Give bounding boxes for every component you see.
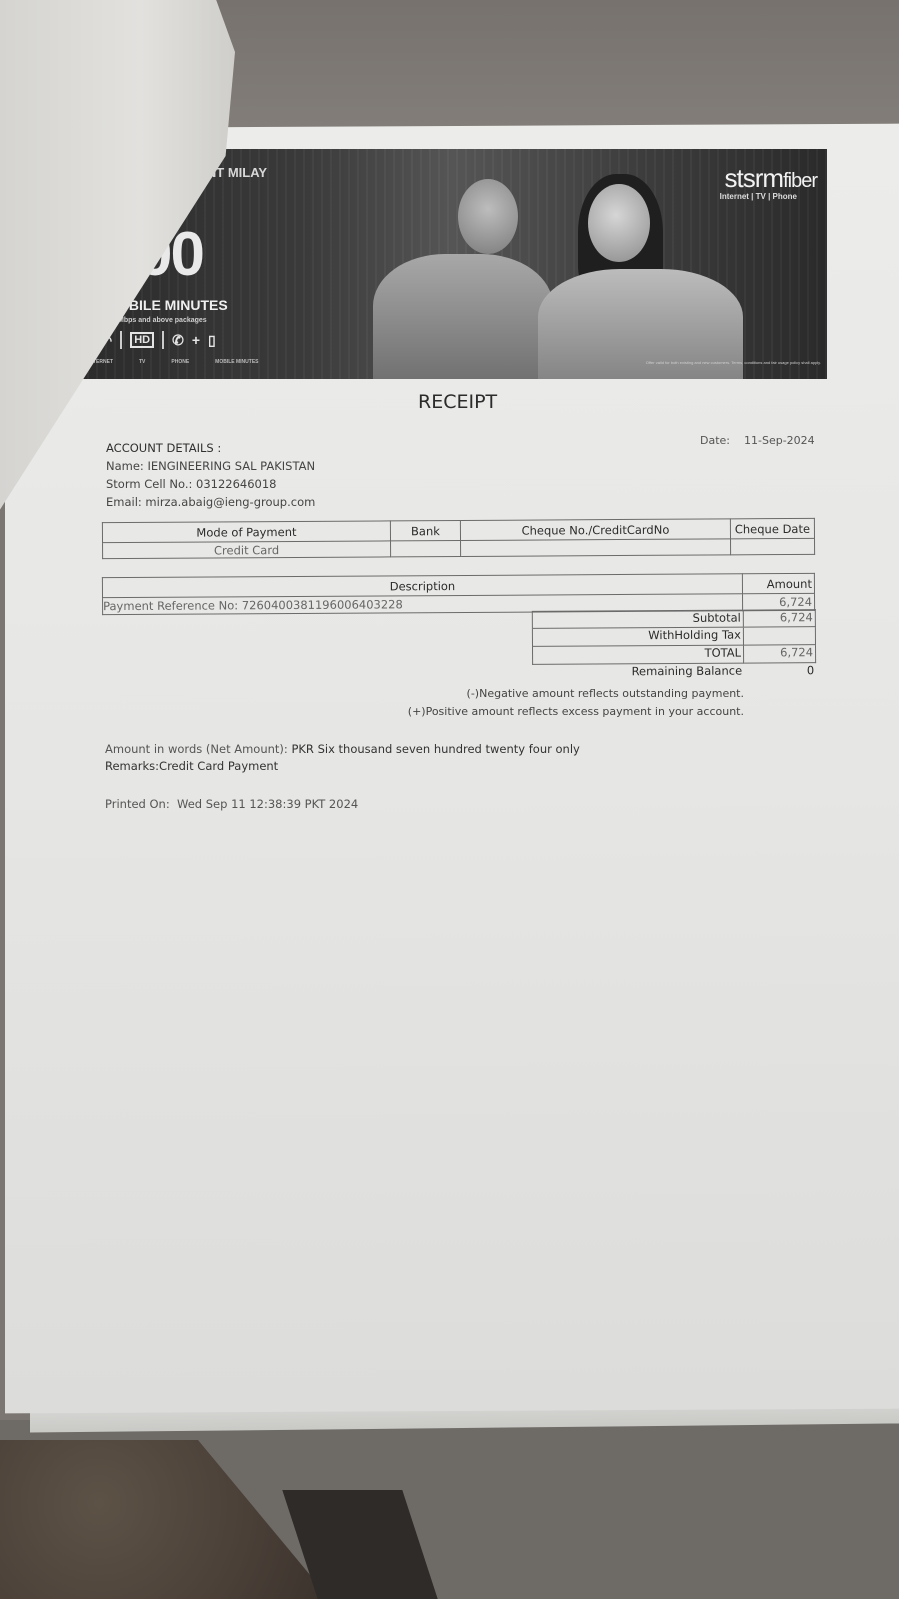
account-heading: ACCOUNT DETAILS : xyxy=(106,439,315,457)
total-row: TOTAL 6,724 xyxy=(532,645,816,665)
mobile-icon: ▯ xyxy=(208,332,216,349)
account-cell: Storm Cell No.: 03122646018 xyxy=(106,475,315,493)
divider xyxy=(120,331,122,349)
hd-tv-icon: HD xyxy=(130,332,154,348)
negative-note: (-)Negative amount reflects outstanding … xyxy=(400,685,744,703)
account-email: Email: mirza.abaig@ieng-group.com xyxy=(106,493,315,511)
brand-tagline: Internet | TV | Phone xyxy=(720,192,797,201)
service-labels: INTERNET TV PHONE MOBILE MINUTES xyxy=(88,359,259,365)
plus-icon: + xyxy=(192,332,200,348)
man-head xyxy=(458,179,518,254)
woman-head xyxy=(588,184,650,262)
promo-sub: Mbps and above packages xyxy=(118,317,207,324)
receipt-date: Date:11-Sep-2024 xyxy=(700,434,815,447)
totals-block: Subtotal 6,724 WithHolding Tax TOTAL 6,7… xyxy=(532,609,816,683)
account-name: Name: IENGINEERING SAL PAKISTAN xyxy=(106,457,315,475)
service-icons: ◠ HD ✆ + ▯ xyxy=(100,331,216,349)
amount-in-words-label: Amount in words (Net Amount): xyxy=(105,742,288,756)
divider xyxy=(162,331,164,349)
disclaimer: Offer valid for both existing and new cu… xyxy=(646,360,821,365)
remaining-balance-row: Remaining Balance 0 xyxy=(532,663,816,683)
balance-notes: (-)Negative amount reflects outstanding … xyxy=(400,685,744,721)
amount-in-words-block: Amount in words (Net Amount): PKR Six th… xyxy=(105,741,580,775)
amount-in-words: PKR Six thousand seven hundred twenty fo… xyxy=(291,742,579,756)
page-title: RECEIPT xyxy=(418,391,497,413)
promo-minutes: OBILE MINUTES xyxy=(118,297,228,313)
payment-table: Mode of Payment Bank Cheque No./CreditCa… xyxy=(102,518,815,559)
phone-icon: ✆ xyxy=(172,332,184,349)
man-figure xyxy=(373,254,553,379)
printed-on: Printed On: Wed Sep 11 12:38:39 PKT 2024 xyxy=(105,797,358,811)
promo-photo xyxy=(363,169,743,379)
subtotal-row: Subtotal 6,724 xyxy=(532,609,816,629)
brand-logo: stsrmfiber Internet | TV | Phone xyxy=(720,163,817,201)
positive-note: (+)Positive amount reflects excess payme… xyxy=(400,703,744,721)
account-details: ACCOUNT DETAILS : Name: IENGINEERING SAL… xyxy=(106,439,315,511)
remarks: Remarks:Credit Card Payment xyxy=(105,758,580,775)
withholding-tax-row: WithHolding Tax xyxy=(532,627,816,647)
